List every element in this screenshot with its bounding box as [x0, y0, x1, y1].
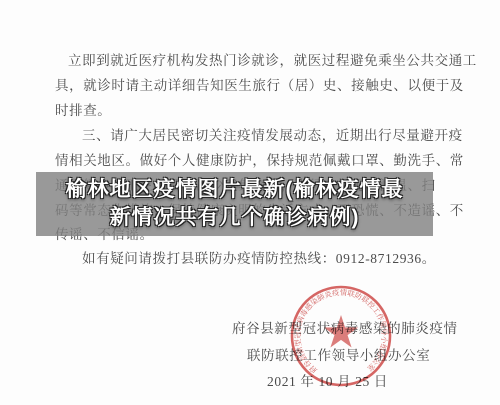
- doc-line: 情相关地区。做好个人健康防护，保持规范佩戴口罩、勤洗手、常: [55, 149, 464, 169]
- title-overlay-banner: 榆林地区疫情图片最新(榆林疫情最 新情况共有几个确诊病例): [36, 172, 433, 236]
- doc-line: 具，就诊时请主动详细告知医生旅行（居）史、接触史、以便于及: [55, 74, 464, 94]
- hotline-line: 如有疑问请拨打县联防办疫情防控热线：0912-8712936。: [82, 247, 436, 267]
- doc-line: 三、请广大居民密切关注疫情发展动态，近期出行尽量避开疫: [82, 124, 463, 144]
- seal-star-icon: [324, 315, 358, 348]
- doc-line: 立即到就近医疗机构发热门诊就诊，就医过程避免乘坐公共交通工: [68, 49, 477, 69]
- title-overlay-line2: 新情况共有几个确诊病例): [110, 204, 360, 232]
- notice-document: 立即到就近医疗机构发热门诊就诊，就医过程避免乘坐公共交通工 具，就诊时请主动详细…: [0, 0, 500, 405]
- doc-line: 时排查。: [55, 99, 111, 119]
- official-seal: 府谷县新型冠状病毒感染肺炎疫情联防联控工作领导小组办公室: [288, 283, 394, 389]
- title-overlay-line1: 榆林地区疫情图片最新(榆林疫情最: [66, 176, 404, 204]
